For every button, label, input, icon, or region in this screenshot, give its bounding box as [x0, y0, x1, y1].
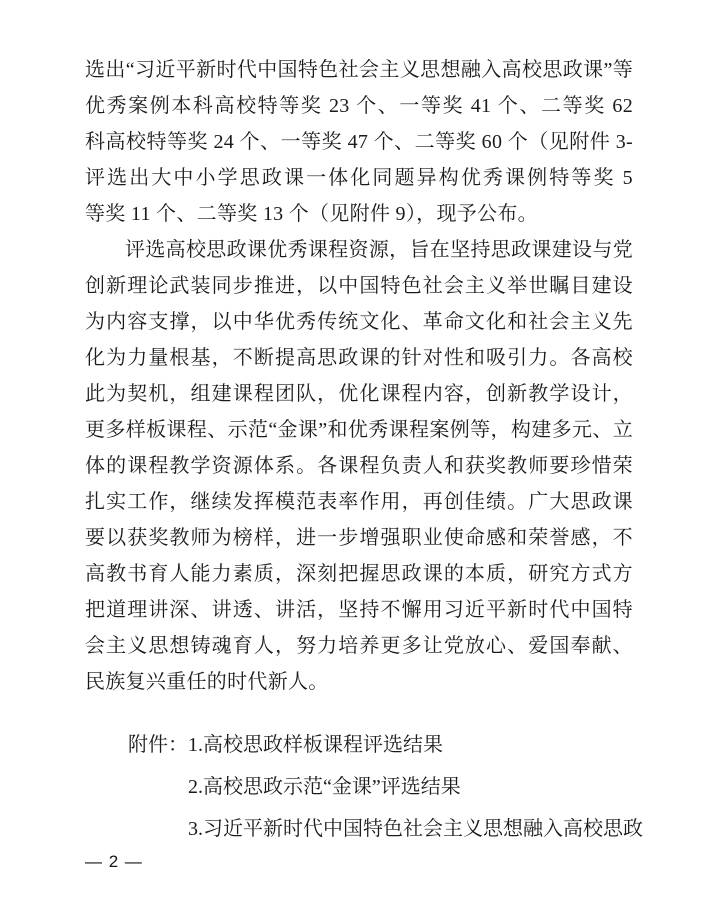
body-line: 更多样板课程、示范“金课”和优秀课程案例等，构建多元、立: [85, 412, 633, 448]
body-line: 扎实工作，继续发挥模范表率作用，再创佳绩。广大思政课教师: [85, 484, 633, 520]
body-line: 科高校特等奖 24 个、一等奖 47 个、二等奖 60 个（见附件 3-8）；: [85, 124, 633, 160]
body-line paragraph-start: 评选高校思政课优秀课程资源，旨在坚持思政课建设与党的: [85, 232, 633, 268]
attachment-item: 3.习近平新时代中国特色社会主义思想融入高校思政: [188, 808, 648, 850]
body-line: 要以获奖教师为榜样，进一步增强职业使命感和荣誉感，不断提: [85, 520, 633, 556]
body-line: 高教书育人能力素质，深刻把握思政课的本质，研究方式方法，: [85, 556, 633, 592]
body-line: 化为力量根基，不断提高思政课的针对性和吸引力。各高校要以: [85, 340, 633, 376]
body-line: 会主义思想铸魂育人，努力培养更多让党放心、爱国奉献、担当: [85, 628, 633, 664]
body-line: 此为契机，组建课程团队，优化课程内容，创新教学设计，打造: [85, 376, 633, 412]
body-line: 体的课程教学资源体系。各课程负责人和获奖教师要珍惜荣誉，: [85, 448, 633, 484]
body-line: 创新理论武装同步推进，以中国特色社会主义举世瞩目建设成就: [85, 268, 633, 304]
document-page: 选出“习近平新时代中国特色社会主义思想融入高校思政课”等 优秀案例本科高校特等奖…: [0, 0, 706, 901]
body-line: 把道理讲深、讲透、讲活，坚持不懈用习近平新时代中国特色社: [85, 592, 633, 628]
attachments-block: 附件： 1.高校思政样板课程评选结果 2.高校思政示范“金课”评选结果 3.习近…: [128, 724, 648, 850]
body-line: 为内容支撑，以中华优秀传统文化、革命文化和社会主义先进文: [85, 304, 633, 340]
body-line: 等奖 11 个、二等奖 13 个（见附件 9），现予公布。: [85, 196, 633, 232]
attachments-list: 1.高校思政样板课程评选结果 2.高校思政示范“金课”评选结果 3.习近平新时代…: [188, 724, 648, 850]
body-line: 评选出大中小学思政课一体化同题异构优秀课例特等奖 5 个、一: [85, 160, 633, 196]
body-line: 选出“习近平新时代中国特色社会主义思想融入高校思政课”等: [85, 52, 633, 88]
attachment-item: 1.高校思政样板课程评选结果: [188, 724, 648, 766]
body-line: 民族复兴重任的时代新人。: [85, 664, 633, 700]
attachment-item: 2.高校思政示范“金课”评选结果: [188, 766, 648, 808]
body-line: 优秀案例本科高校特等奖 23 个、一等奖 41 个、二等奖 62 个，专: [85, 88, 633, 124]
attachments-label: 附件：: [128, 724, 188, 766]
page-number: — 2 —: [85, 852, 143, 872]
document-body: 选出“习近平新时代中国特色社会主义思想融入高校思政课”等 优秀案例本科高校特等奖…: [85, 52, 633, 700]
